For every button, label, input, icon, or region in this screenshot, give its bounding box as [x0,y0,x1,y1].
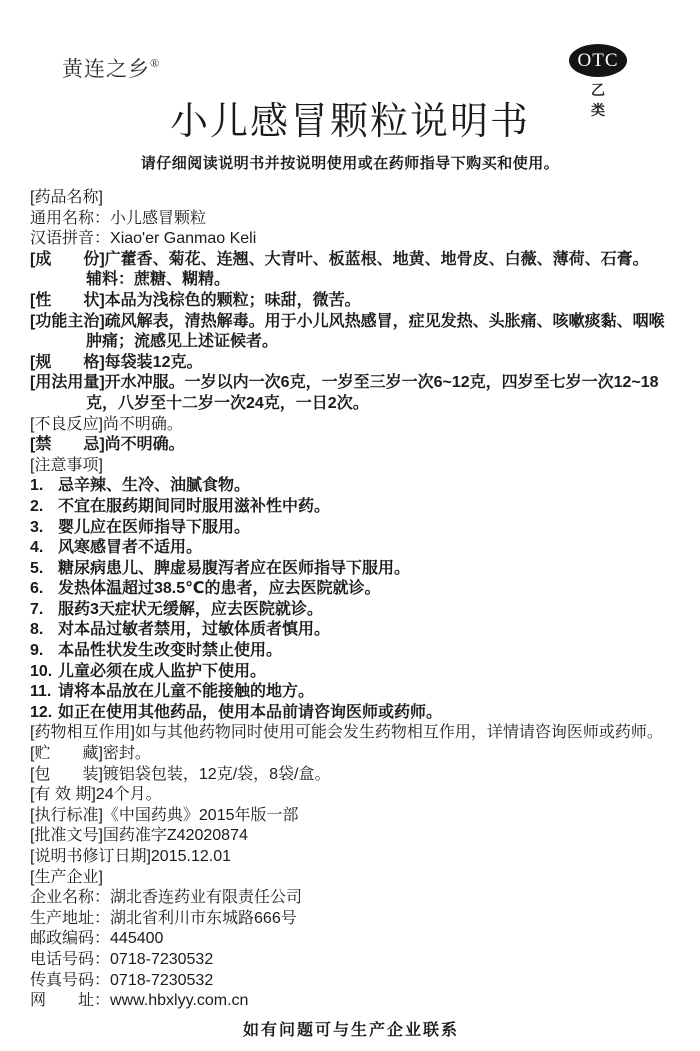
precaution-text-8: 对本品过敏者禁用，过敏体质者慎用。 [58,621,330,638]
row-company-address: 生产地址：湖北省利川市东城路666号 [30,909,672,930]
brand-logo: 黄连之乡® [62,53,159,83]
row-interaction: [药物相互作用]如与其他药物同时使用可能会发生药物相互作用，详情请咨询医师或药师… [30,723,672,744]
precaution-item-7: 7.服药3天症状无缓解，应去医院就诊。 [30,600,672,621]
packaging-label: [包 装] [30,766,103,783]
row-contraindication: [禁 忌]尚不明确。 [30,435,672,456]
company-address-value: 湖北省利川市东城路666号 [110,910,297,927]
postal-code-label: 邮政编码： [30,930,110,947]
precaution-item-8: 8.对本品过敏者禁用，过敏体质者慎用。 [30,620,672,641]
phone-number-value: 0718-7230532 [110,951,213,968]
fax-number-label: 传真号码： [30,972,110,989]
validity-value: 24个月。 [96,786,162,803]
row-validity: [有 效 期]24个月。 [30,785,672,806]
spec-label: [规 格] [30,354,105,371]
section-manufacturer-header: [生产企业] [30,868,672,889]
revision-label: [说明书修订日期] [30,848,151,865]
contraindication-value: 尚不明确。 [105,436,185,453]
precaution-num-7: 7. [30,600,58,621]
precaution-num-12: 12. [30,703,58,724]
approval-label: [批准文号] [30,827,103,844]
row-character: [性 状]本品为浅棕色的颗粒；味甜，微苦。 [30,291,672,312]
row-adverse: [不良反应]尚不明确。 [30,415,672,436]
precaution-text-2: 不宜在服药期间同时服用滋补性中药。 [58,498,330,515]
precaution-num-6: 6. [30,579,58,600]
precaution-item-2: 2.不宜在服药期间同时服用滋补性中药。 [30,497,672,518]
phone-number-label: 电话号码： [30,951,110,968]
precaution-num-3: 3. [30,518,58,539]
otc-class-label: 乙 类 [565,80,631,120]
spec-value: 每袋装12克。 [105,354,203,371]
generic-name-value: 小儿感冒颗粒 [110,210,206,227]
row-functions: [功能主治]疏风解表，清热解毒。用于小儿风热感冒，症见发热、头胀痛、咳嗽痰黏、咽… [30,312,672,353]
row-ingredients-aux: 辅料：蔗糖、糊精。 [30,270,672,291]
usage-notice: 请仔细阅读说明书并按说明使用或在药师指导下购买和使用。 [0,152,700,173]
character-value: 本品为浅棕色的颗粒；味甜，微苦。 [105,292,361,309]
precaution-item-11: 11.请将本品放在儿童不能接触的地方。 [30,682,672,703]
row-revision-date: [说明书修订日期]2015.12.01 [30,847,672,868]
section-drug-name-header: [药品名称] [30,188,672,209]
precaution-item-3: 3.婴儿应在医师指导下服用。 [30,518,672,539]
row-dosage: [用法用量]开水冲服。一岁以内一次6克，一岁至三岁一次6~12克，四岁至七岁一次… [30,373,672,414]
precaution-num-10: 10. [30,662,58,683]
section-precautions-header: [注意事项] [30,456,672,477]
leaflet-body: [药品名称] 通用名称：小儿感冒颗粒 汉语拼音：Xiao'er Ganmao K… [30,188,672,1041]
generic-name-label: 通用名称： [30,210,110,227]
precaution-text-4: 风寒感冒者不适用。 [58,539,202,556]
precaution-text-5: 糖尿病患儿、脾虚易腹泻者应在医师指导下服用。 [58,560,410,577]
precaution-item-4: 4.风寒感冒者不适用。 [30,538,672,559]
leaflet-page: 黄连之乡® OTC 乙 类 小儿感冒颗粒说明书 请仔细阅读说明书并按说明使用或在… [0,0,700,1051]
row-postal-code: 邮政编码：445400 [30,929,672,950]
functions-label: [功能主治] [30,313,105,330]
otc-badge: OTC 乙 类 [565,44,631,120]
footer-contact-note: 如有问题可与生产企业联系 [30,1021,672,1042]
row-phone-number: 电话号码：0718-7230532 [30,950,672,971]
precaution-item-12: 12.如正在使用其他药品，使用本品前请咨询医师或药师。 [30,703,672,724]
row-ingredients: [成 份]广藿香、菊花、连翘、大青叶、板蓝根、地黄、地骨皮、白薇、薄荷、石膏。 [30,250,672,271]
precaution-item-6: 6.发热体温超过38.5℃的患者，应去医院就诊。 [30,579,672,600]
validity-label: [有 效 期] [30,786,96,803]
character-label: [性 状] [30,292,105,309]
website-label: 网 址： [30,992,110,1009]
dosage-label: [用法用量] [30,374,105,391]
precaution-text-6: 发热体温超过38.5℃的患者，应去医院就诊。 [58,580,381,597]
contraindication-label: [禁 忌] [30,436,105,453]
brand-name: 黄连之乡 [62,57,150,81]
row-approval-number: [批准文号]国药准字Z42020874 [30,826,672,847]
precaution-text-1: 忌辛辣、生冷、油腻食物。 [58,477,250,494]
precaution-text-11: 请将本品放在儿童不能接触的地方。 [58,683,314,700]
row-standard: [执行标准]《中国药典》2015年版一部 [30,806,672,827]
precaution-num-9: 9. [30,641,58,662]
row-website: 网 址：www.hbxlyy.com.cn [30,991,672,1012]
pinyin-label: 汉语拼音： [30,230,110,247]
precaution-item-1: 1.忌辛辣、生冷、油腻食物。 [30,476,672,497]
website-value: www.hbxlyy.com.cn [110,992,248,1009]
row-fax-number: 传真号码：0718-7230532 [30,971,672,992]
pinyin-value: Xiao'er Ganmao Keli [110,230,256,247]
row-spec: [规 格]每袋装12克。 [30,353,672,374]
storage-label: [贮 藏] [30,745,103,762]
row-generic-name: 通用名称：小儿感冒颗粒 [30,209,672,230]
precaution-num-8: 8. [30,620,58,641]
precaution-num-2: 2. [30,497,58,518]
precaution-item-5: 5.糖尿病患儿、脾虚易腹泻者应在医师指导下服用。 [30,559,672,580]
precaution-item-9: 9.本品性状发生改变时禁止使用。 [30,641,672,662]
adverse-label: [不良反应] [30,416,103,433]
precaution-num-1: 1. [30,476,58,497]
dosage-value: 开水冲服。一岁以内一次6克，一岁至三岁一次6~12克，四岁至七岁一次12~18克… [86,374,659,412]
precaution-text-3: 婴儿应在医师指导下服用。 [58,519,250,536]
fax-number-value: 0718-7230532 [110,972,213,989]
precaution-num-11: 11. [30,682,58,703]
row-pinyin: 汉语拼音：Xiao'er Ganmao Keli [30,229,672,250]
precaution-text-10: 儿童必须在成人监护下使用。 [58,663,266,680]
ingredients-value: 广藿香、菊花、连翘、大青叶、板蓝根、地黄、地骨皮、白薇、薄荷、石膏。 [105,251,649,268]
interaction-value: 如与其他药物同时使用可能会发生药物相互作用，详情请咨询医师或药师。 [135,724,663,741]
functions-value: 疏风解表，清热解毒。用于小儿风热感冒，症见发热、头胀痛、咳嗽痰黏、咽喉肿痛；流感… [86,313,665,351]
precaution-num-5: 5. [30,559,58,580]
company-address-label: 生产地址： [30,910,110,927]
postal-code-value: 445400 [110,930,163,947]
interaction-label: [药物相互作用] [30,724,135,741]
precaution-text-9: 本品性状发生改变时禁止使用。 [58,642,282,659]
precaution-text-12: 如正在使用其他药品，使用本品前请咨询医师或药师。 [58,704,442,721]
approval-value: 国药准字Z42020874 [103,827,248,844]
row-storage: [贮 藏]密封。 [30,744,672,765]
standard-value: 《中国药典》2015年版一部 [103,807,299,824]
ingredients-label: [成 份] [30,251,105,268]
otc-ellipse-icon: OTC [569,44,627,77]
packaging-value: 镀铝袋包装，12克/袋，8袋/盒。 [103,766,331,783]
company-name-label: 企业名称： [30,889,110,906]
registered-trademark-icon: ® [150,56,159,70]
precaution-text-7: 服药3天症状无缓解，应去医院就诊。 [58,601,323,618]
precaution-item-10: 10.儿童必须在成人监护下使用。 [30,662,672,683]
company-name-value: 湖北香连药业有限责任公司 [110,889,302,906]
precaution-num-4: 4. [30,538,58,559]
storage-value: 密封。 [103,745,151,762]
revision-value: 2015.12.01 [151,848,231,865]
row-company-name: 企业名称：湖北香连药业有限责任公司 [30,888,672,909]
adverse-value: 尚不明确。 [103,416,183,433]
row-packaging: [包 装]镀铝袋包装，12克/袋，8袋/盒。 [30,765,672,786]
standard-label: [执行标准] [30,807,103,824]
